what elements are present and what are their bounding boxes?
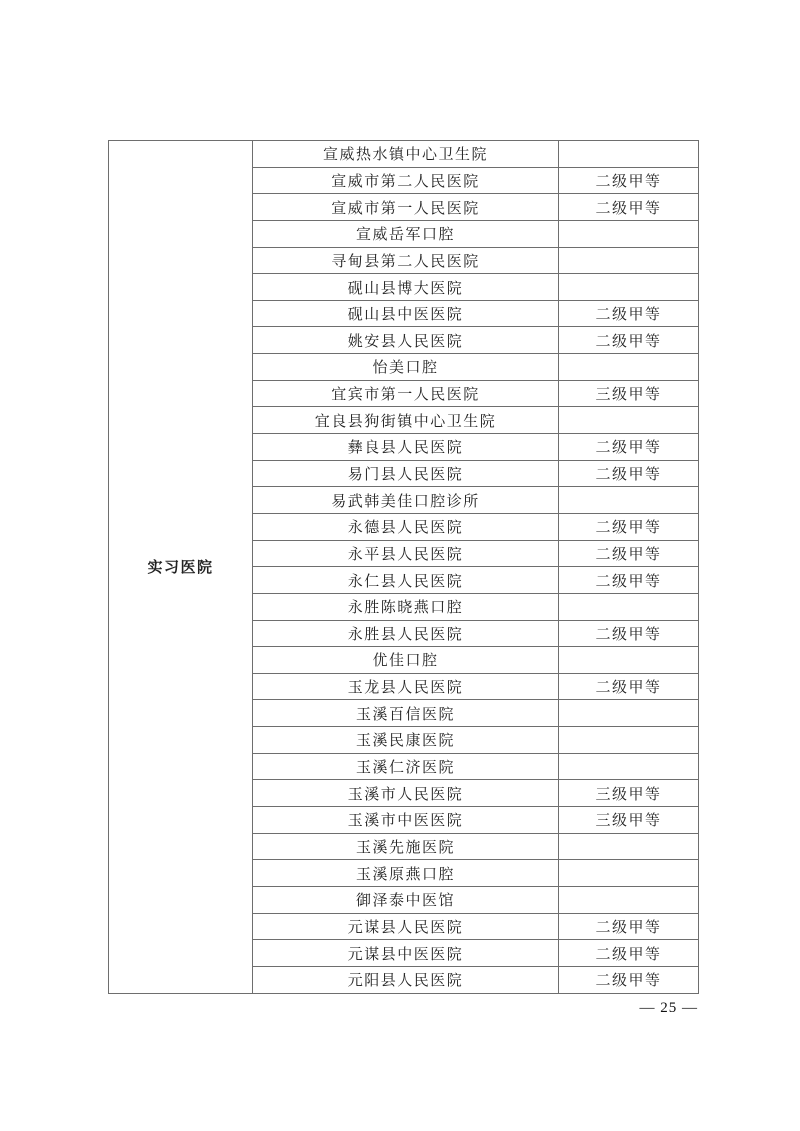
hospital-name-cell: 怡美口腔 [253, 354, 559, 381]
hospital-grade-cell: 二级甲等 [559, 673, 699, 700]
hospital-name-cell: 宣威岳军口腔 [253, 220, 559, 247]
hospital-name-cell: 玉溪百信医院 [253, 700, 559, 727]
hospital-grade-cell: 二级甲等 [559, 620, 699, 647]
hospital-name-cell: 永仁县人民医院 [253, 567, 559, 594]
hospital-name-cell: 易门县人民医院 [253, 460, 559, 487]
hospital-grade-cell [559, 407, 699, 434]
hospital-name-cell: 玉溪市人民医院 [253, 780, 559, 807]
hospital-grade-cell: 二级甲等 [559, 513, 699, 540]
page-number: — 25 — [498, 1000, 698, 1017]
hospital-grade-cell [559, 274, 699, 301]
hospital-name-cell: 御泽泰中医馆 [253, 886, 559, 913]
hospital-name-cell: 永胜县人民医院 [253, 620, 559, 647]
hospital-grade-cell [559, 727, 699, 754]
hospital-name-cell: 永胜陈晓燕口腔 [253, 593, 559, 620]
hospital-grade-cell [559, 247, 699, 274]
hospital-name-cell: 玉溪原燕口腔 [253, 860, 559, 887]
hospital-grade-cell: 二级甲等 [559, 913, 699, 940]
hospital-name-cell: 元阳县人民医院 [253, 966, 559, 993]
hospital-grade-cell: 二级甲等 [559, 540, 699, 567]
hospital-grade-cell [559, 886, 699, 913]
hospital-name-cell: 宣威市第一人民医院 [253, 194, 559, 221]
hospital-grade-cell: 二级甲等 [559, 940, 699, 967]
hospital-name-cell: 寻甸县第二人民医院 [253, 247, 559, 274]
hospital-grade-cell: 二级甲等 [559, 460, 699, 487]
hospital-grade-cell [559, 647, 699, 674]
hospital-grade-cell: 三级甲等 [559, 780, 699, 807]
hospital-grade-cell: 二级甲等 [559, 567, 699, 594]
hospital-name-cell: 玉溪民康医院 [253, 727, 559, 754]
hospital-grade-cell [559, 141, 699, 168]
hospital-name-cell: 砚山县中医医院 [253, 300, 559, 327]
hospital-grade-cell: 三级甲等 [559, 807, 699, 834]
hospital-grade-cell [559, 487, 699, 514]
document-page: 实习医院宣威热水镇中心卫生院宣威市第二人民医院二级甲等宣威市第一人民医院二级甲等… [0, 0, 800, 1131]
hospital-name-cell: 元谋县中医医院 [253, 940, 559, 967]
hospital-grade-cell [559, 700, 699, 727]
hospital-grade-cell [559, 753, 699, 780]
hospital-grade-cell: 二级甲等 [559, 327, 699, 354]
internship-hospitals-table: 实习医院宣威热水镇中心卫生院宣威市第二人民医院二级甲等宣威市第一人民医院二级甲等… [108, 140, 699, 994]
hospital-name-cell: 宣威热水镇中心卫生院 [253, 141, 559, 168]
hospital-name-cell: 元谋县人民医院 [253, 913, 559, 940]
hospital-grade-cell: 二级甲等 [559, 434, 699, 461]
hospital-name-cell: 玉溪先施医院 [253, 833, 559, 860]
hospital-name-cell: 彝良县人民医院 [253, 434, 559, 461]
hospital-name-cell: 姚安县人民医院 [253, 327, 559, 354]
hospital-grade-cell [559, 860, 699, 887]
hospital-name-cell: 优佳口腔 [253, 647, 559, 674]
hospital-grade-cell [559, 593, 699, 620]
hospital-name-cell: 玉溪市中医医院 [253, 807, 559, 834]
hospital-name-cell: 玉龙县人民医院 [253, 673, 559, 700]
table-row: 实习医院宣威热水镇中心卫生院 [109, 141, 699, 168]
hospital-grade-cell [559, 354, 699, 381]
hospital-name-cell: 砚山县博大医院 [253, 274, 559, 301]
hospital-name-cell: 宜良县狗街镇中心卫生院 [253, 407, 559, 434]
hospital-name-cell: 宜宾市第一人民医院 [253, 380, 559, 407]
hospital-name-cell: 易武韩美佳口腔诊所 [253, 487, 559, 514]
hospital-name-cell: 永德县人民医院 [253, 513, 559, 540]
row-header-cell: 实习医院 [109, 141, 253, 994]
hospital-name-cell: 玉溪仁济医院 [253, 753, 559, 780]
hospital-name-cell: 永平县人民医院 [253, 540, 559, 567]
hospital-grade-cell [559, 833, 699, 860]
hospital-grade-cell: 三级甲等 [559, 380, 699, 407]
hospital-grade-cell: 二级甲等 [559, 966, 699, 993]
hospital-grade-cell [559, 220, 699, 247]
hospital-name-cell: 宣威市第二人民医院 [253, 167, 559, 194]
hospital-grade-cell: 二级甲等 [559, 167, 699, 194]
hospital-grade-cell: 二级甲等 [559, 194, 699, 221]
table-body: 实习医院宣威热水镇中心卫生院宣威市第二人民医院二级甲等宣威市第一人民医院二级甲等… [109, 141, 699, 994]
hospital-grade-cell: 二级甲等 [559, 300, 699, 327]
